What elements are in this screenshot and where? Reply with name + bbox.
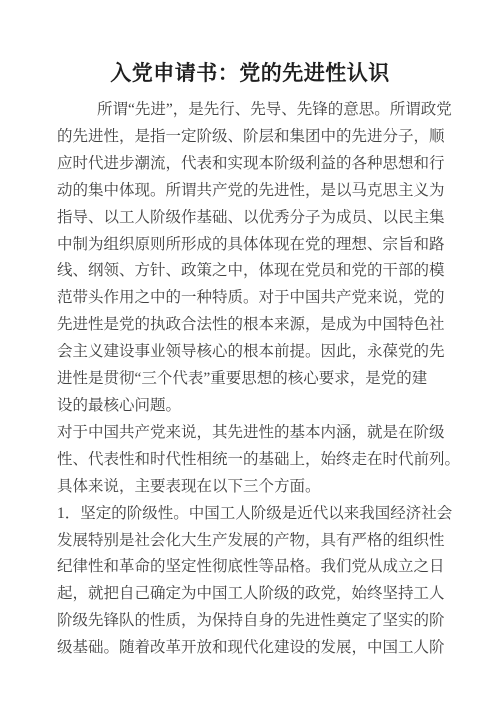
text-line: 级基础。随着改革开放和现代化建设的发展，中国工人阶 — [57, 635, 443, 662]
paragraph: 对于中国共产党来说，其先进性的基本内涵，就是在阶级 性、代表性和时代性相统一的基… — [57, 420, 443, 501]
text-line: 线、纲领、方针、政策之中，体现在党员和党的干部的模 — [57, 258, 443, 285]
text-line: 性、代表性和时代性相统一的基础上，始终走在时代前列。 — [57, 447, 443, 474]
text-line: 1．坚定的阶级性。中国工人阶级是近代以来我国经济社会 — [57, 501, 443, 528]
text-line: 设的最核心问题。 — [57, 393, 443, 420]
text-line: 发展特别是社会化大生产发展的产物，具有严格的组织性 — [57, 528, 443, 555]
text-line: 对于中国共产党来说，其先进性的基本内涵，就是在阶级 — [57, 420, 443, 447]
text-line: 会主义建设事业领导核心的根本前提。因此，永葆党的先 — [57, 339, 443, 366]
text-line: 应时代进步潮流，代表和实现本阶级利益的各种思想和行 — [57, 151, 443, 178]
text-line: 阶级先锋队的性质，为保持自身的先进性奠定了坚实的阶 — [57, 608, 443, 635]
text-line: 所谓“先进”，是先行、先导、先锋的意思。所谓政党 — [57, 97, 443, 124]
document-body: 所谓“先进”，是先行、先导、先锋的意思。所谓政党 的先进性，是指一定阶级、阶层和… — [57, 97, 443, 662]
paragraph: 所谓“先进”，是先行、先导、先锋的意思。所谓政党 的先进性，是指一定阶级、阶层和… — [57, 97, 443, 420]
page-title: 入党申请书：党的先进性认识 — [57, 58, 443, 88]
text-line: 纪律性和革命的坚定性彻底性等品格。我们党从成立之日 — [57, 554, 443, 581]
paragraph: 1．坚定的阶级性。中国工人阶级是近代以来我国经济社会 发展特别是社会化大生产发展… — [57, 501, 443, 662]
text-line: 先进性是党的执政合法性的根本来源，是成为中国特色社 — [57, 312, 443, 339]
text-line: 指导、以工人阶级作基础、以优秀分子为成员、以民主集 — [57, 205, 443, 232]
text-line: 中制为组织原则所形成的具体体现在党的理想、宗旨和路 — [57, 232, 443, 259]
text-line: 动的集中体现。所谓共产党的先进性，是以马克思主义为 — [57, 178, 443, 205]
text-line: 具体来说，主要表现在以下三个方面。 — [57, 474, 443, 501]
text-line: 进性是贯彻“三个代表”重要思想的核心要求，是党的建 — [57, 366, 443, 393]
text-line: 的先进性，是指一定阶级、阶层和集团中的先进分子，顺 — [57, 124, 443, 151]
document-page: 入党申请书：党的先进性认识 所谓“先进”，是先行、先导、先锋的意思。所谓政党 的… — [0, 0, 500, 707]
text-line: 范带头作用之中的一种特质。对于中国共产党来说，党的 — [57, 285, 443, 312]
text-line: 起，就把自己确定为中国工人阶级的政党，始终坚持工人 — [57, 581, 443, 608]
